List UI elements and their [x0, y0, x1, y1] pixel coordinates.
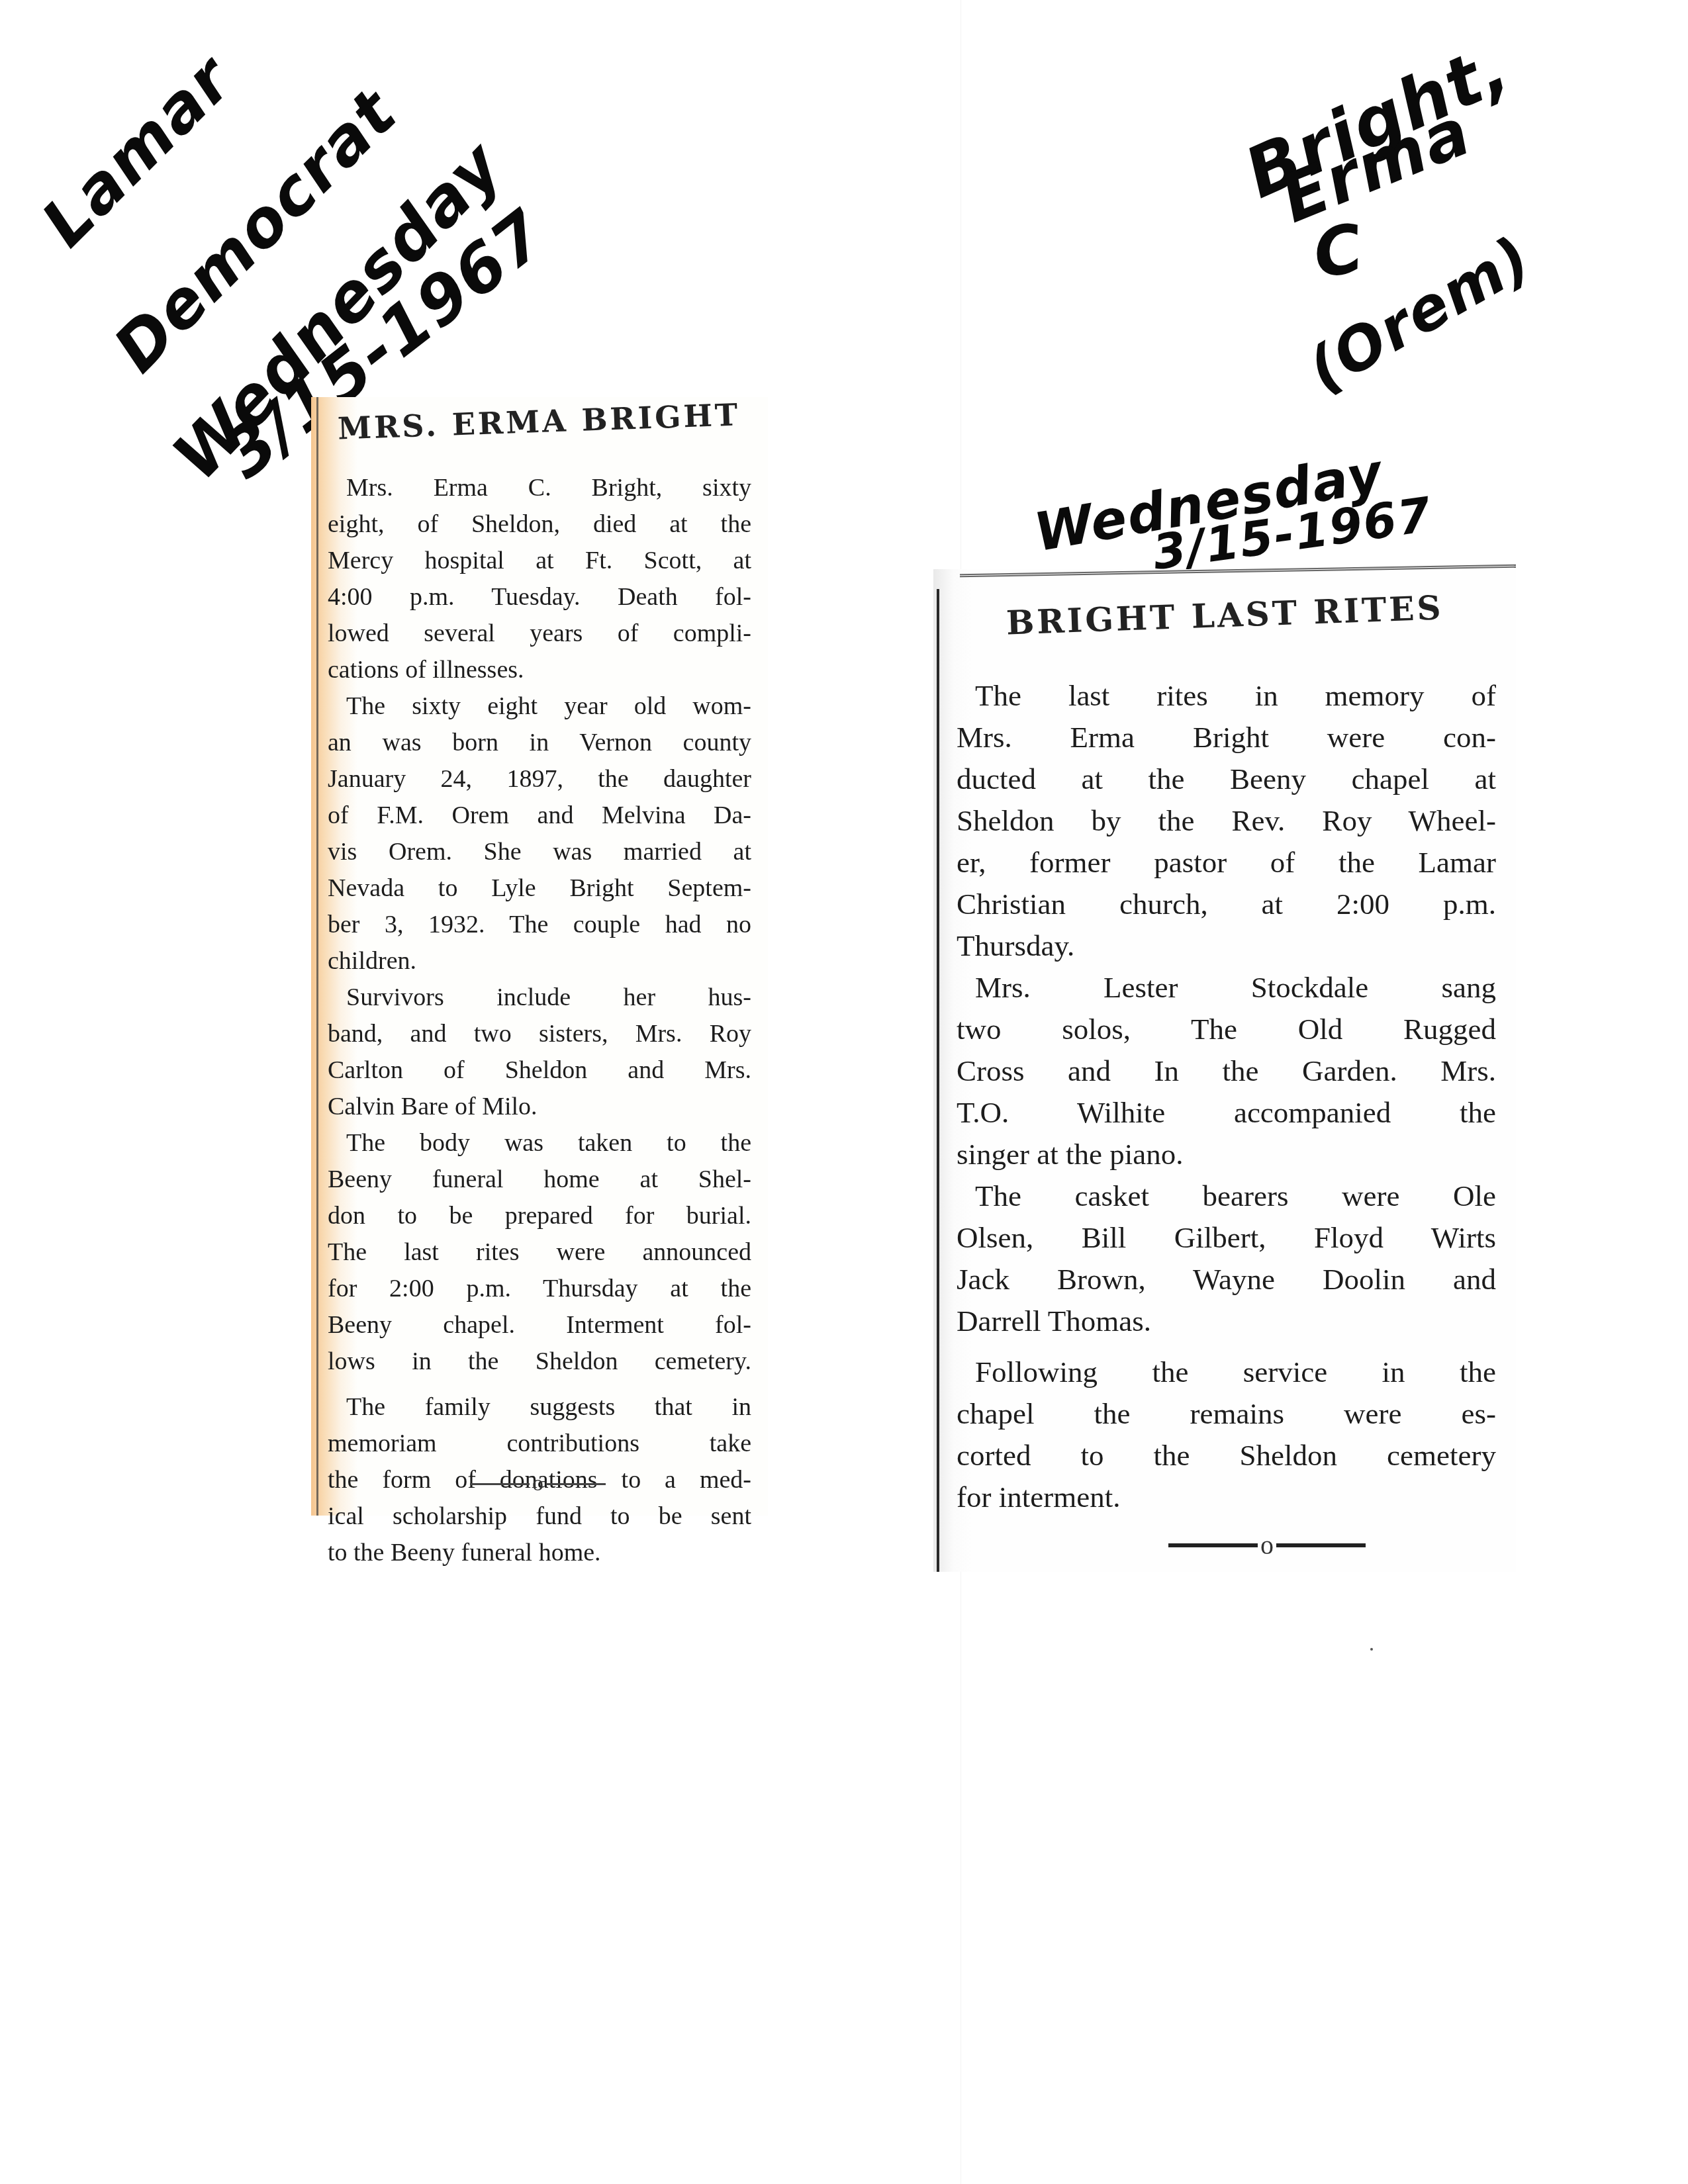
text-line: chapel the remains were es-	[957, 1393, 1496, 1435]
text-line: vis Orem. She was married at	[328, 834, 751, 870]
obituary-headline: MRS. ERMA BRIGHT	[337, 396, 741, 446]
section-divider: o	[1168, 1532, 1366, 1559]
text-line: ber 3, 1932. The couple had no	[328, 907, 751, 943]
text-line: of F.M. Orem and Melvina Da-	[328, 797, 751, 834]
text-line: cations of illnesses.	[328, 652, 751, 688]
text-line: ducted at the Beeny chapel at	[957, 758, 1496, 800]
text-line: two solos, The Old Rugged	[957, 1009, 1496, 1050]
text-line: 4:00 p.m. Tuesday. Death fol-	[328, 579, 751, 615]
last-rites-body: The last rites in memory ofMrs. Erma Bri…	[957, 675, 1496, 1518]
text-line: Olsen, Bill Gilbert, Floyd Wirts	[957, 1217, 1496, 1259]
text-line: er, former pastor of the Lamar	[957, 842, 1496, 884]
text-line: memoriam contributions take	[328, 1426, 751, 1462]
note-initial: C	[1309, 214, 1370, 289]
text-line: corted to the Sheldon cemetery	[957, 1435, 1496, 1477]
text-line: Nevada to Lyle Bright Septem-	[328, 870, 751, 907]
text-line: January 24, 1897, the daughter	[328, 761, 751, 797]
text-line: The body was taken to the	[328, 1125, 751, 1161]
text-line: Cross and In the Garden. Mrs.	[957, 1050, 1496, 1092]
text-line: Mrs. Lester Stockdale sang	[957, 967, 1496, 1009]
text-line: singer at the piano.	[957, 1134, 1496, 1175]
text-line: Mrs. Erma Bright were con-	[957, 717, 1496, 758]
last-rites-clipping: BRIGHT LAST RITES The last rites in memo…	[933, 569, 1516, 1572]
text-line: Jack Brown, Wayne Doolin and	[957, 1259, 1496, 1300]
text-line: Beeny chapel. Interment fol-	[328, 1307, 751, 1343]
scan-speck	[1370, 1648, 1373, 1651]
section-divider: o	[470, 1473, 606, 1495]
text-line: Christian church, at 2:00 p.m.	[957, 884, 1496, 925]
text-line: lows in the Sheldon cemetery.	[328, 1343, 751, 1380]
obituary-clipping: MRS. ERMA BRIGHT Mrs. Erma C. Bright, si…	[311, 397, 768, 1516]
last-rites-headline: BRIGHT LAST RITES	[1006, 588, 1444, 642]
text-line: T.O. Wilhite accompanied the	[957, 1092, 1496, 1134]
text-line: lowed several years of compli-	[328, 615, 751, 652]
text-line: Mercy hospital at Ft. Scott, at	[328, 543, 751, 579]
text-line: for interment.	[957, 1477, 1496, 1518]
text-line: The last rites in memory of	[957, 675, 1496, 717]
text-line: The last rites were announced	[328, 1234, 751, 1271]
text-line: Darrell Thomas.	[957, 1300, 1496, 1342]
text-line: Carlton of Sheldon and Mrs.	[328, 1052, 751, 1089]
text-line: eight, of Sheldon, died at the	[328, 506, 751, 543]
text-line: don to be prepared for burial.	[328, 1198, 751, 1234]
text-line: Sheldon by the Rev. Roy Wheel-	[957, 800, 1496, 842]
text-line: Calvin Bare of Milo.	[328, 1089, 751, 1125]
text-line: Beeny funeral home at Shel-	[328, 1161, 751, 1198]
text-line: The casket bearers were Ole	[957, 1175, 1496, 1217]
text-line: The sixty eight year old wom-	[328, 688, 751, 725]
text-line: children.	[328, 943, 751, 979]
text-line: Following the service in the	[957, 1351, 1496, 1393]
text-line: band, and two sisters, Mrs. Roy	[328, 1016, 751, 1052]
obituary-body: Mrs. Erma C. Bright, sixtyeight, of Shel…	[328, 470, 751, 1571]
text-line: to the Beeny funeral home.	[328, 1535, 751, 1571]
text-line: The family suggests that in	[328, 1389, 751, 1426]
scanned-page: Lamar Democrat Wednesday 3/15-1967 Brigh…	[0, 0, 1688, 2184]
text-line: Mrs. Erma C. Bright, sixty	[328, 470, 751, 506]
text-line: ical scholarship fund to be sent	[328, 1498, 751, 1535]
text-line: for 2:00 p.m. Thursday at the	[328, 1271, 751, 1307]
text-line: Thursday.	[957, 925, 1496, 967]
text-line: Survivors include her hus-	[328, 979, 751, 1016]
text-line: an was born in Vernon county	[328, 725, 751, 761]
